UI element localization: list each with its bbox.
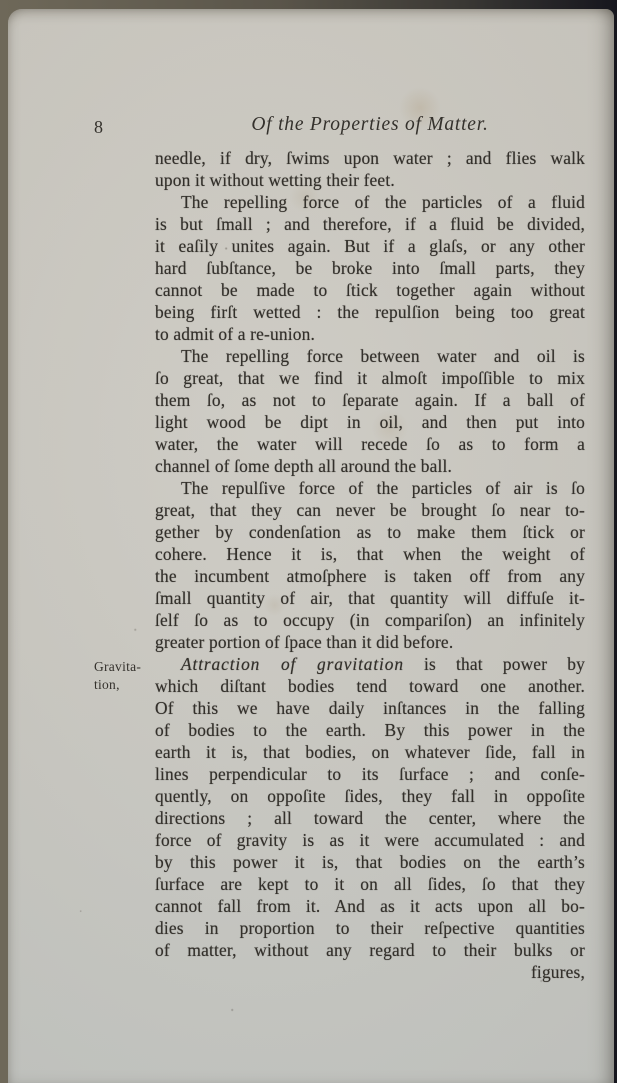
page-number: 8: [94, 117, 103, 138]
text-line: greater portion of ſpace than it did bef…: [155, 631, 585, 653]
text-line: lines perpendicular to its ſurface ; and…: [155, 763, 585, 785]
text-line: is but ſmall ; and therefore, if a fluid…: [155, 213, 585, 235]
text-line: being firſt wetted : the repulſion being…: [155, 301, 585, 323]
book-page: 8 Of the Properties of Matter. Gravita- …: [8, 9, 614, 1083]
text-line: Of this we have daily inſtances in the f…: [155, 697, 585, 719]
margin-note-line: Gravita-: [94, 658, 152, 676]
text-line: cohere. Hence it is, that when the weigh…: [155, 543, 585, 565]
running-header: Of the Properties of Matter.: [155, 114, 585, 136]
book-scan: { "page": { "number": "8", "running_head…: [0, 0, 617, 1083]
text-line: to admit of a re-union.: [155, 323, 585, 345]
text-line: water, the water will recede ſo as to fo…: [155, 433, 585, 455]
margin-note: Gravita- tion,: [94, 658, 152, 693]
scan-background: 8 Of the Properties of Matter. Gravita- …: [0, 0, 617, 1083]
text-line: channel of ſome depth all around the bal…: [155, 455, 585, 477]
text-line: earth it is, that bodies, on whatever ſi…: [155, 741, 585, 763]
text-line: gether by condenſation as to make them ſ…: [155, 521, 585, 543]
text-line: them ſo, as not to ſeparate again. If a …: [155, 389, 585, 411]
text-line: it eaſily unites again. But if a glaſs, …: [155, 235, 585, 257]
text-line: upon it without wetting their feet.: [155, 169, 585, 191]
text-line: by this power it is, that bodies on the …: [155, 851, 585, 873]
text-line: of bodies to the earth. By this power in…: [155, 719, 585, 741]
text-line: hard ſubſtance, be broke into ſmall part…: [155, 257, 585, 279]
text-line: great, that they can never be brought ſo…: [155, 499, 585, 521]
text-line: ſelf ſo as to occupy (in compariſon) an …: [155, 609, 585, 631]
italic-phrase: Attraction of gravitation: [181, 654, 404, 674]
body-text: needle, if dry, ſwims upon water ; and f…: [155, 147, 585, 983]
text-line: the incumbent atmoſphere is taken off fr…: [155, 565, 585, 587]
text-line: quently, on oppoſite ſides, they fall in…: [155, 785, 585, 807]
margin-note-line: tion,: [94, 676, 152, 694]
text-line: of matter, without any regard to their b…: [155, 939, 585, 961]
text-line: ſurface are kept to it on all ſides, ſo …: [155, 873, 585, 895]
text-line: The repelling force between water and oi…: [155, 345, 585, 367]
text-line: cannot be made to ſtick together again w…: [155, 279, 585, 301]
text-line: The repelling force of the particles of …: [155, 191, 585, 213]
text-line: needle, if dry, ſwims upon water ; and f…: [155, 147, 585, 169]
text-line: light wood be dipt in oil, and then put …: [155, 411, 585, 433]
text-line: ſo great, that we find it almoſt impoſſi…: [155, 367, 585, 389]
text-line: cannot fall from it. And as it acts upon…: [155, 895, 585, 917]
text-line: force of gravity is as it were accumulat…: [155, 829, 585, 851]
catchword: figures,: [155, 961, 585, 983]
text-line: which diſtant bodies tend toward one ano…: [155, 675, 585, 697]
text-line: Attraction of gravitation is that power …: [155, 653, 585, 675]
text-line: The repulſive force of the particles of …: [155, 477, 585, 499]
text-line: ſmall quantity of air, that quantity wil…: [155, 587, 585, 609]
text-line: dies in proportion to their reſpective q…: [155, 917, 585, 939]
text-line: directions ; all toward the center, wher…: [155, 807, 585, 829]
